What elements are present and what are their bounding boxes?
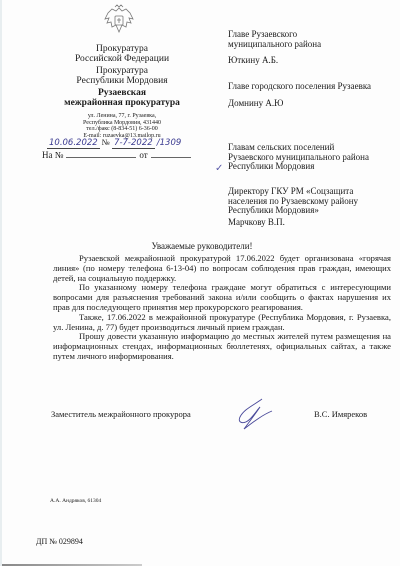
org-address: ул. Ленина, 77, г. Рузаевка, Республика … [67,113,177,139]
letter-body: Рузаевской межрайонной прокуратурой 17.0… [53,254,391,362]
org-republic: Прокуратура Республики Мордовия [42,66,202,86]
recipient-line: Республики Мордовия [228,162,369,172]
registration-date: 10.06.2022 [47,138,100,149]
org-line: Рузаевская [42,88,202,98]
recipient-line: Республики Мордовия» [228,206,358,216]
org-line: Прокуратура [42,44,202,54]
recipient-social-director: Директору ГКУ РМ «Соцзащита населения по… [228,187,358,216]
org-federal: Прокуратура Российской Федерации [42,44,202,64]
address-line: ул. Ленина, 77, г. Рузаевка, [67,113,177,120]
number-label: № [102,137,110,147]
recipient-name: Юткину А.Б. [228,56,278,66]
recipient-line: Главе городского поселения Рузаевка [228,82,371,92]
greeting: Уважаемые руководители! [2,241,400,251]
org-local: Рузаевская межрайонная прокуратура [42,88,202,108]
ref-number-blank [66,157,136,158]
reference-line: На №от [42,150,191,160]
executor-info: А.А. Андряков, 61304 [50,498,101,504]
document-page: Прокуратура Российской Федерации Прокура… [0,0,400,566]
registration-number: 7-7-2022 [112,138,155,149]
checkmark-icon: ✓ [215,163,223,174]
recipient-rural-heads: Главам сельских поселений Рузаевского му… [228,143,369,172]
org-line: Российской Федерации [42,54,202,64]
recipient-line: Марчкову В.П. [228,218,285,228]
ref-label: На № [42,150,63,160]
signatory-title: Заместитель межрайонного прокурора [51,409,191,419]
registration-line: 10.06.2022 № 7-7-2022 /1309 [47,137,181,148]
recipient-line: Юткину А.Б. [228,56,278,66]
recipient-line: муниципального района [228,40,321,50]
body-paragraph: Прошу довести указанную информацию до ме… [53,332,391,361]
org-line: межрайонная прокуратура [42,98,202,108]
ref-from-label: от [139,150,147,160]
body-paragraph: По указанному номеру телефона граждане м… [53,283,391,312]
ref-date-blank [151,157,191,158]
org-line: Республики Мордовия [42,76,202,86]
recipient-line: Домнину А.Ю [228,99,283,109]
phone-line: тел./факс (8-834-51) 6-36-00 [67,126,177,133]
org-line: Прокуратура [42,66,202,76]
registration-suffix: /1309 [157,138,182,148]
body-paragraph: Рузаевской межрайонной прокуратурой 17.0… [53,254,391,283]
coat-of-arms-icon [102,4,136,36]
body-paragraph: Также, 17.06.2022 в межрайонной прокурат… [53,313,391,333]
handwritten-signature-icon [232,395,277,435]
recipient-city-head: Главе городского поселения Рузаевка [228,82,371,92]
recipient-district-head: Главе Рузаевского муниципального района [228,30,321,49]
signatory-name: В.С. Имяреков [314,409,367,419]
recipient-name: Марчкову В.П. [228,218,285,228]
recipient-name: Домнину А.Ю [228,99,283,109]
dp-number: ДП № 029894 [36,537,83,546]
